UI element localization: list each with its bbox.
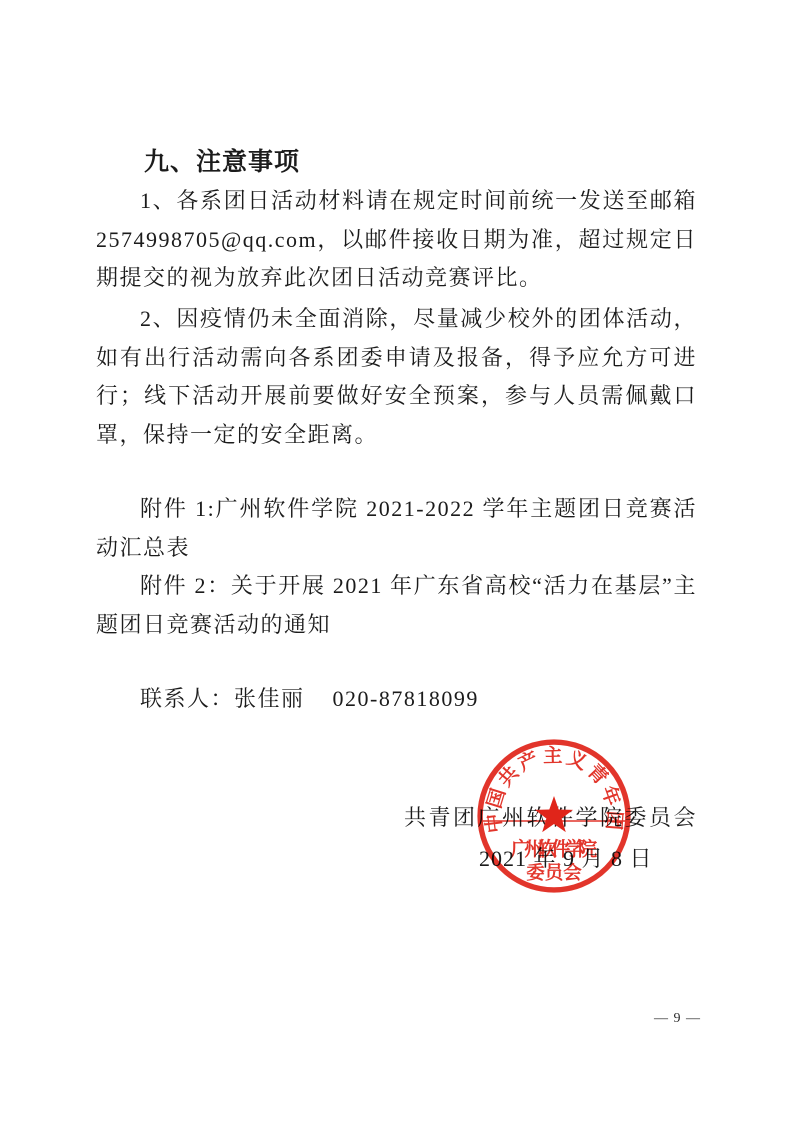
attachments-block: 附件 1:广州软件学院 2021-2022 学年主题团日竞赛活动汇总表 附件 2… <box>96 490 697 644</box>
section-heading: 九、注意事项 <box>96 147 697 177</box>
attachment-line-1: 附件 1:广州软件学院 2021-2022 学年主题团日竞赛活动汇总表 <box>96 490 697 567</box>
signature-organization: 共青团广州软件学院委员会 <box>404 807 698 829</box>
document-page: 九、注意事项 1、各系团日活动材料请在规定时间前统一发送至邮箱 25749987… <box>0 0 793 1122</box>
paragraph-notice-1: 1、各系团日活动材料请在规定时间前统一发送至邮箱 2574998705@qq.c… <box>96 182 697 298</box>
contact-line: 联系人：张佳丽 020-87818099 <box>96 680 697 719</box>
page-number: — 9 — <box>654 1011 701 1028</box>
attachment-line-2: 附件 2：关于开展 2021 年广东省高校“活力在基层”主题团日竞赛活动的通知 <box>96 567 697 644</box>
paragraph-notice-2: 2、因疫情仍未全面消除，尽量减少校外的团体活动，如有出行活动需向各系团委申请及报… <box>96 300 697 454</box>
signature-date: 2021 年 9 月 8 日 <box>479 848 653 870</box>
